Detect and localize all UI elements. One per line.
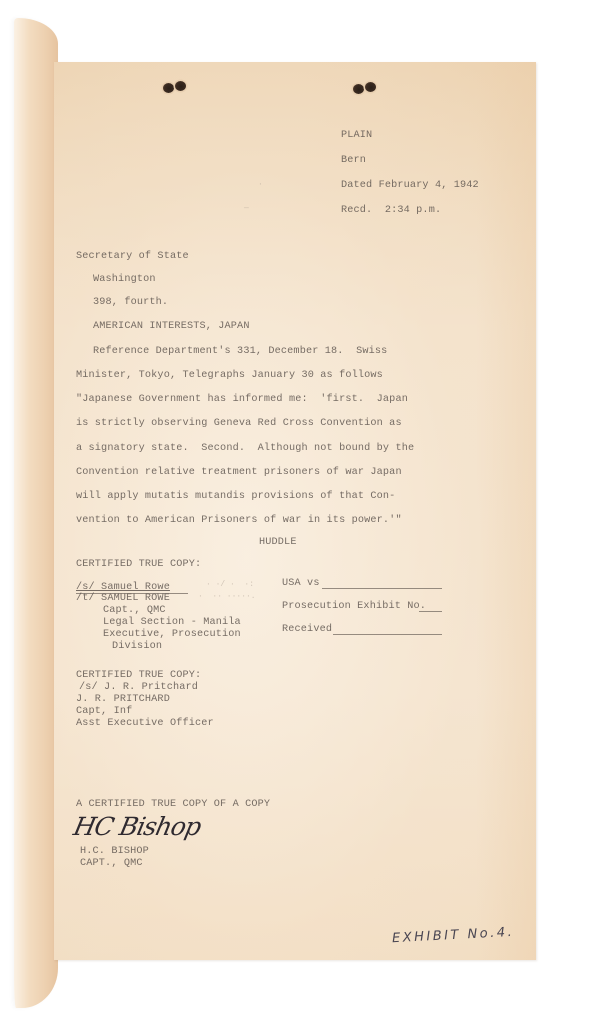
body-line: Reference Department's 331, December 18.… — [93, 346, 387, 357]
binder-page-curl — [14, 18, 58, 1008]
signed-rowe: /s/ Samuel Rowe — [76, 582, 170, 593]
body-line: "Japanese Government has informed me: 'f… — [76, 394, 408, 405]
sender-name: HUDDLE — [259, 537, 297, 548]
classification-label: PLAIN — [341, 130, 372, 141]
rank-pritchard: Capt, Inf — [76, 706, 132, 717]
exhibit-number-label: Prosecution Exhibit No. — [282, 601, 426, 612]
body-line: vention to American Prisoners of war in … — [76, 515, 402, 526]
typed-pritchard: J. R. PRITCHARD — [76, 694, 170, 705]
body-line: will apply mutatis mutandis provisions o… — [76, 491, 395, 502]
body-line: a signatory state. Second. Although not … — [76, 443, 414, 454]
origin-city: Bern — [341, 155, 366, 166]
subject-line: AMERICAN INTERESTS, JAPAN — [93, 321, 250, 332]
rank-rowe: Capt., QMC — [103, 605, 166, 616]
received-blank — [333, 634, 442, 635]
rank-bishop: CAPT., QMC — [80, 858, 143, 869]
dated-line: Dated February 4, 1942 — [341, 180, 479, 191]
section-rowe: Legal Section - Manila — [103, 617, 241, 628]
role-rowe: Executive, Prosecution — [103, 629, 241, 640]
faint-stamp: · ·/ · ·: — [206, 580, 254, 589]
punch-hole-right — [350, 82, 378, 96]
punch-hole-left — [160, 81, 188, 95]
body-line: Minister, Tokyo, Telegraphs January 30 a… — [76, 370, 383, 381]
copy-of-copy-heading: A CERTIFIED TRUE COPY OF A COPY — [76, 799, 270, 810]
exhibit-number-blank — [419, 611, 442, 612]
title-pritchard: Asst Executive Officer — [76, 718, 214, 729]
bishop-signature: HC Bishop — [71, 812, 203, 841]
usa-vs-label: USA vs — [282, 578, 320, 589]
ink-mark: · — [258, 180, 263, 189]
addressee: Secretary of State — [76, 251, 189, 262]
body-line: is strictly observing Geneva Red Cross C… — [76, 418, 402, 429]
typed-bishop: H.C. BISHOP — [80, 846, 149, 857]
usa-vs-blank — [322, 588, 442, 589]
certified-heading: CERTIFIED TRUE COPY: — [76, 559, 201, 570]
addressee-city: Washington — [93, 274, 156, 285]
received-label: Received — [282, 624, 332, 635]
ink-mark: — — [244, 204, 249, 213]
role-rowe-division: Division — [112, 641, 162, 652]
faint-stamp: · ·· ·····. — [198, 592, 256, 601]
received-time: Recd. 2:34 p.m. — [341, 205, 441, 216]
certified-heading-2: CERTIFIED TRUE COPY: — [76, 670, 201, 681]
reference-number: 398, fourth. — [93, 297, 168, 308]
signed-pritchard: /s/ J. R. Pritchard — [79, 682, 198, 693]
body-line: Convention relative treatment prisoners … — [76, 467, 402, 478]
typed-rowe: /t/ SAMUEL ROWE — [76, 593, 170, 604]
